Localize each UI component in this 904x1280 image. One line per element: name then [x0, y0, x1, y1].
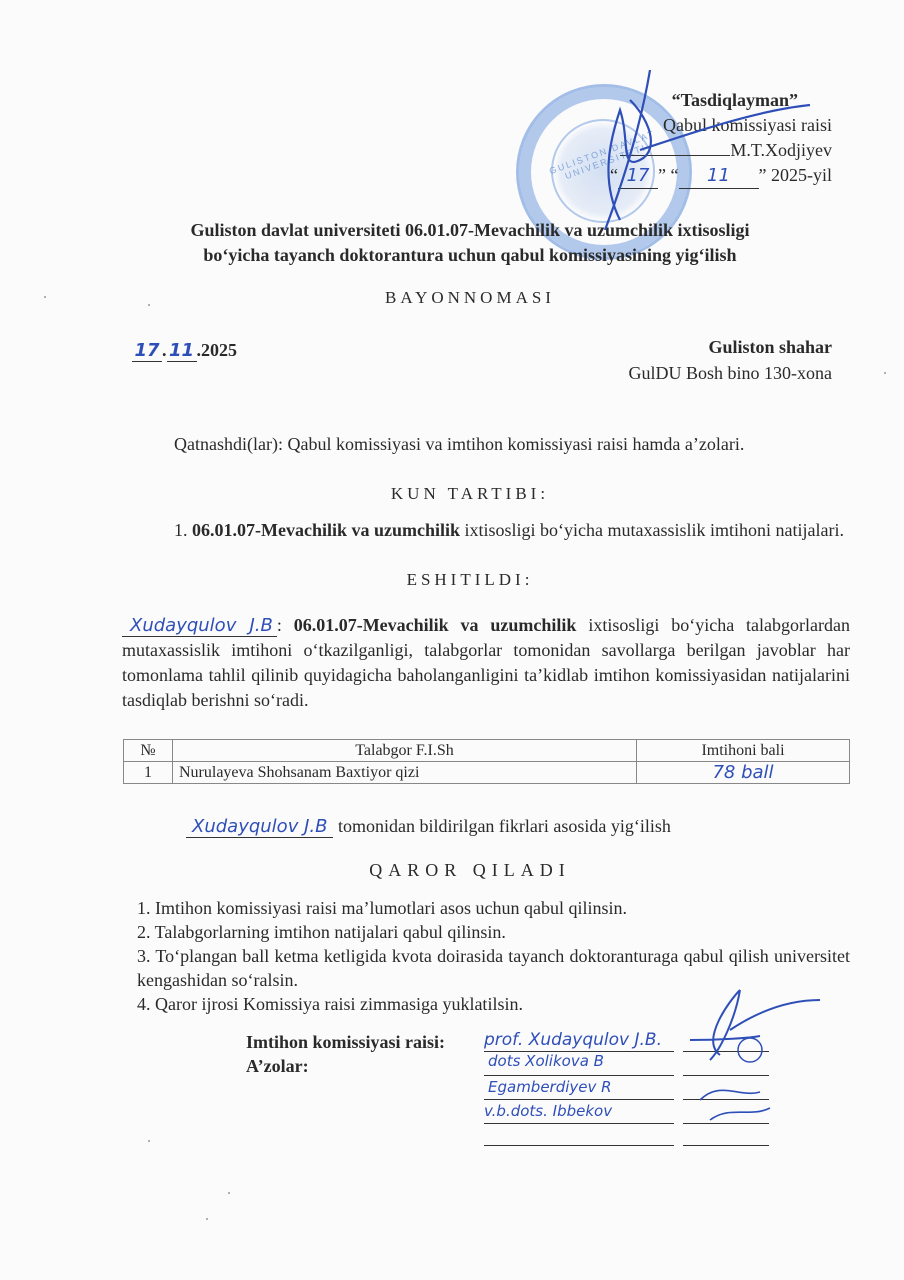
header-score: Imtihoni bali	[637, 740, 850, 762]
decision-heading: QAROR QILADI	[90, 860, 850, 881]
document-page: GULISTON DAVLAT UNIVERSITETI “Tasdiqlaym…	[0, 0, 904, 1280]
table-header-row: № Talabgor F.I.Sh Imtihoni bali	[124, 740, 850, 762]
row-score: 78 ball	[637, 762, 850, 784]
heard-heading: ESHITILDI:	[90, 570, 850, 590]
scan-speck	[44, 296, 46, 298]
results-table: № Talabgor F.I.Sh Imtihoni bali 1 Nurula…	[123, 739, 850, 784]
signature-line	[484, 1098, 674, 1100]
signature-name: v.b.dots. Ibbekov	[484, 1102, 612, 1120]
table-row: 1 Nurulayeva Shohsanam Baxtiyor qizi 78 …	[124, 762, 850, 784]
date-day: 17	[132, 340, 162, 362]
scan-speck	[148, 1140, 150, 1142]
heard-speaker: Xudayqulov J.B	[122, 615, 277, 637]
basis-text: Xudayqulov J.B tomonidan bildirilgan fik…	[186, 814, 806, 839]
signature-line	[484, 1050, 674, 1052]
signature-name: prof. Xudayqulov J.B.	[484, 1030, 662, 1050]
members-label: A’zolar:	[246, 1056, 309, 1077]
chair-label: Imtihon komissiyasi raisi:	[246, 1032, 445, 1053]
decision-item: 1. Imtihon komissiyasi raisi ma’lumotlar…	[137, 896, 850, 920]
row-number: 1	[124, 762, 173, 784]
decision-item: 2. Talabgorlarning imtihon natijalari qa…	[137, 920, 850, 944]
signature-line	[683, 1144, 769, 1146]
header-name: Talabgor F.I.Sh	[173, 740, 637, 762]
document-heading: BAYONNOMASI	[90, 288, 850, 308]
scan-speck	[206, 1218, 208, 1220]
agenda-heading: KUN TARTIBI:	[90, 484, 850, 504]
signature-scribble-icon	[680, 980, 850, 1130]
signature-line	[484, 1144, 674, 1146]
header-number: №	[124, 740, 173, 762]
meeting-date: 17.11.2025	[132, 340, 237, 362]
signature-name: dots Xolikova B	[488, 1052, 604, 1070]
city: Guliston shahar	[629, 334, 833, 360]
approval-signature-icon	[560, 70, 820, 230]
agenda-item: 1. 06.01.07-Mevachilik va uzumchilik ixt…	[122, 518, 850, 543]
signature-name: Egamberdiyev R	[488, 1078, 612, 1096]
title-line-2: bo‘yicha tayanch doktorantura uchun qabu…	[90, 243, 850, 268]
attendees-text: Qatnashdi(lar): Qabul komissiyasi va imt…	[122, 432, 850, 457]
scan-speck	[884, 372, 886, 374]
signature-line	[484, 1074, 674, 1076]
meeting-place: Guliston shahar GulDU Bosh bino 130-xona	[629, 334, 833, 386]
scan-speck	[228, 1192, 230, 1194]
scan-speck	[148, 304, 150, 306]
basis-speaker: Xudayqulov J.B	[186, 816, 333, 838]
date-year: .2025	[197, 340, 238, 360]
heard-text: Xudayqulov J.B: 06.01.07-Mevachilik va u…	[122, 613, 850, 713]
date-month: 11	[167, 340, 197, 362]
room: GulDU Bosh bino 130-xona	[629, 360, 833, 386]
signature-line	[484, 1122, 674, 1124]
row-name: Nurulayeva Shohsanam Baxtiyor qizi	[173, 762, 637, 784]
